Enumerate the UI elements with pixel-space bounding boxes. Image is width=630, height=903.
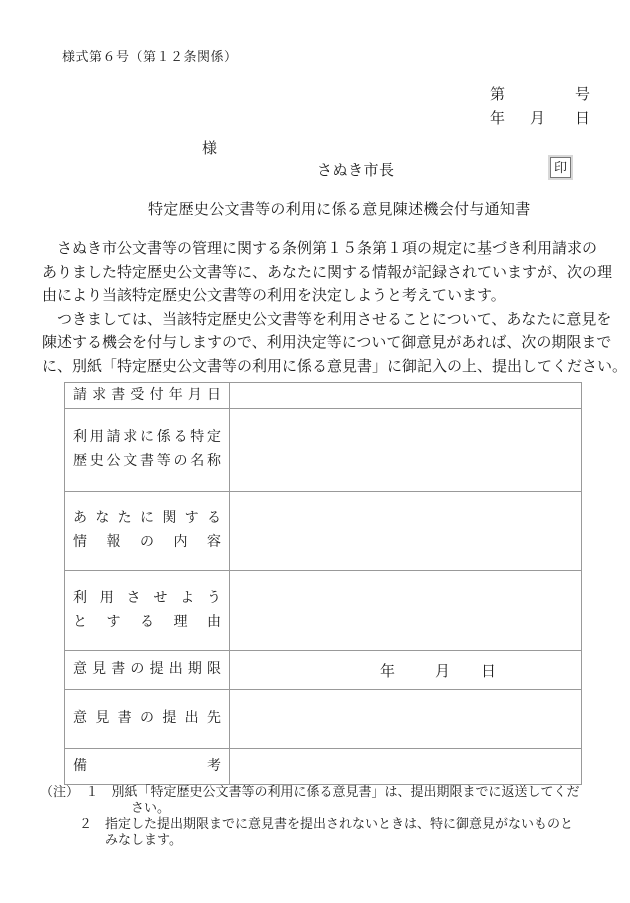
table-row-submission-destination: 意見書の提出先 bbox=[65, 690, 582, 749]
issue-date-year: 年 bbox=[490, 111, 505, 127]
body-paragraph-2: つきましては、当該特定歴史公文書等を利用させることについて、あなたに意見を 陳述… bbox=[42, 309, 588, 380]
addressee-honorific: 様 bbox=[202, 137, 217, 158]
row-label-cell: 備考 bbox=[65, 749, 230, 785]
row-label-cell: あなたに関する 情報の内容 bbox=[65, 492, 230, 571]
footnote: （注） １ 別紙「特定歴史公文書等の利用に係る意見書」は、提出期限までに返送して… bbox=[40, 784, 580, 848]
row-label: 備考 bbox=[73, 755, 221, 779]
issue-date-day: 日 bbox=[575, 111, 590, 127]
document-page: 様式第６号（第１２条関係） 第号 年月日 様 さぬき市長 印 特定歴史公文書等の… bbox=[0, 0, 630, 903]
seal-mark: 印 bbox=[550, 157, 571, 178]
row-value-cell bbox=[230, 571, 582, 651]
row-label: 利用請求に係る特定 歴史公文書等の名称 bbox=[73, 426, 221, 474]
row-label-cell: 意見書の提出期限 bbox=[65, 651, 230, 690]
row-value-cell bbox=[230, 690, 582, 749]
row-value-cell bbox=[230, 383, 582, 409]
row-label: 意見書の提出先 bbox=[73, 707, 221, 731]
row-label-cell: 利用させよう とする理由 bbox=[65, 571, 230, 651]
issue-date-line: 年月日 bbox=[475, 95, 590, 143]
deadline-year: 年 bbox=[380, 664, 395, 680]
row-value-cell bbox=[230, 749, 582, 785]
table-row-remarks: 備考 bbox=[65, 749, 582, 785]
sender-name: さぬき市長 bbox=[317, 159, 395, 180]
row-label: 意見書の提出期限 bbox=[73, 658, 221, 682]
issue-date-month: 月 bbox=[530, 111, 545, 127]
table-row-your-information: あなたに関する 情報の内容 bbox=[65, 492, 582, 571]
row-value-cell: 年月日 bbox=[230, 651, 582, 690]
row-label-cell: 利用請求に係る特定 歴史公文書等の名称 bbox=[65, 409, 230, 492]
row-label: 請求書受付年月日 bbox=[73, 384, 221, 408]
table-row-request-date: 請求書受付年月日 bbox=[65, 383, 582, 409]
body-text: さぬき市公文書等の管理に関する条例第１５条第１項の規定に基づき利用請求の ありま… bbox=[42, 238, 588, 379]
deadline-month: 月 bbox=[435, 664, 450, 680]
row-value-cell bbox=[230, 492, 582, 571]
row-label: 利用させよう とする理由 bbox=[73, 587, 221, 635]
table-row-document-name: 利用請求に係る特定 歴史公文書等の名称 bbox=[65, 409, 582, 492]
table-row-submission-deadline: 意見書の提出期限 年月日 bbox=[65, 651, 582, 690]
form-table: 請求書受付年月日 利用請求に係る特定 歴史公文書等の名称 あなたに関する 情報の… bbox=[64, 382, 582, 785]
document-title: 特定歴史公文書等の利用に係る意見陳述機会付与通知書 bbox=[148, 198, 531, 219]
row-label-cell: 請求書受付年月日 bbox=[65, 383, 230, 409]
row-label-cell: 意見書の提出先 bbox=[65, 690, 230, 749]
table-row-reason: 利用させよう とする理由 bbox=[65, 571, 582, 651]
body-paragraph-1: さぬき市公文書等の管理に関する条例第１５条第１項の規定に基づき利用請求の ありま… bbox=[42, 238, 588, 309]
row-value-cell bbox=[230, 409, 582, 492]
deadline-day: 日 bbox=[481, 664, 496, 680]
form-number: 様式第６号（第１２条関係） bbox=[62, 46, 238, 65]
row-label: あなたに関する 情報の内容 bbox=[73, 507, 221, 555]
